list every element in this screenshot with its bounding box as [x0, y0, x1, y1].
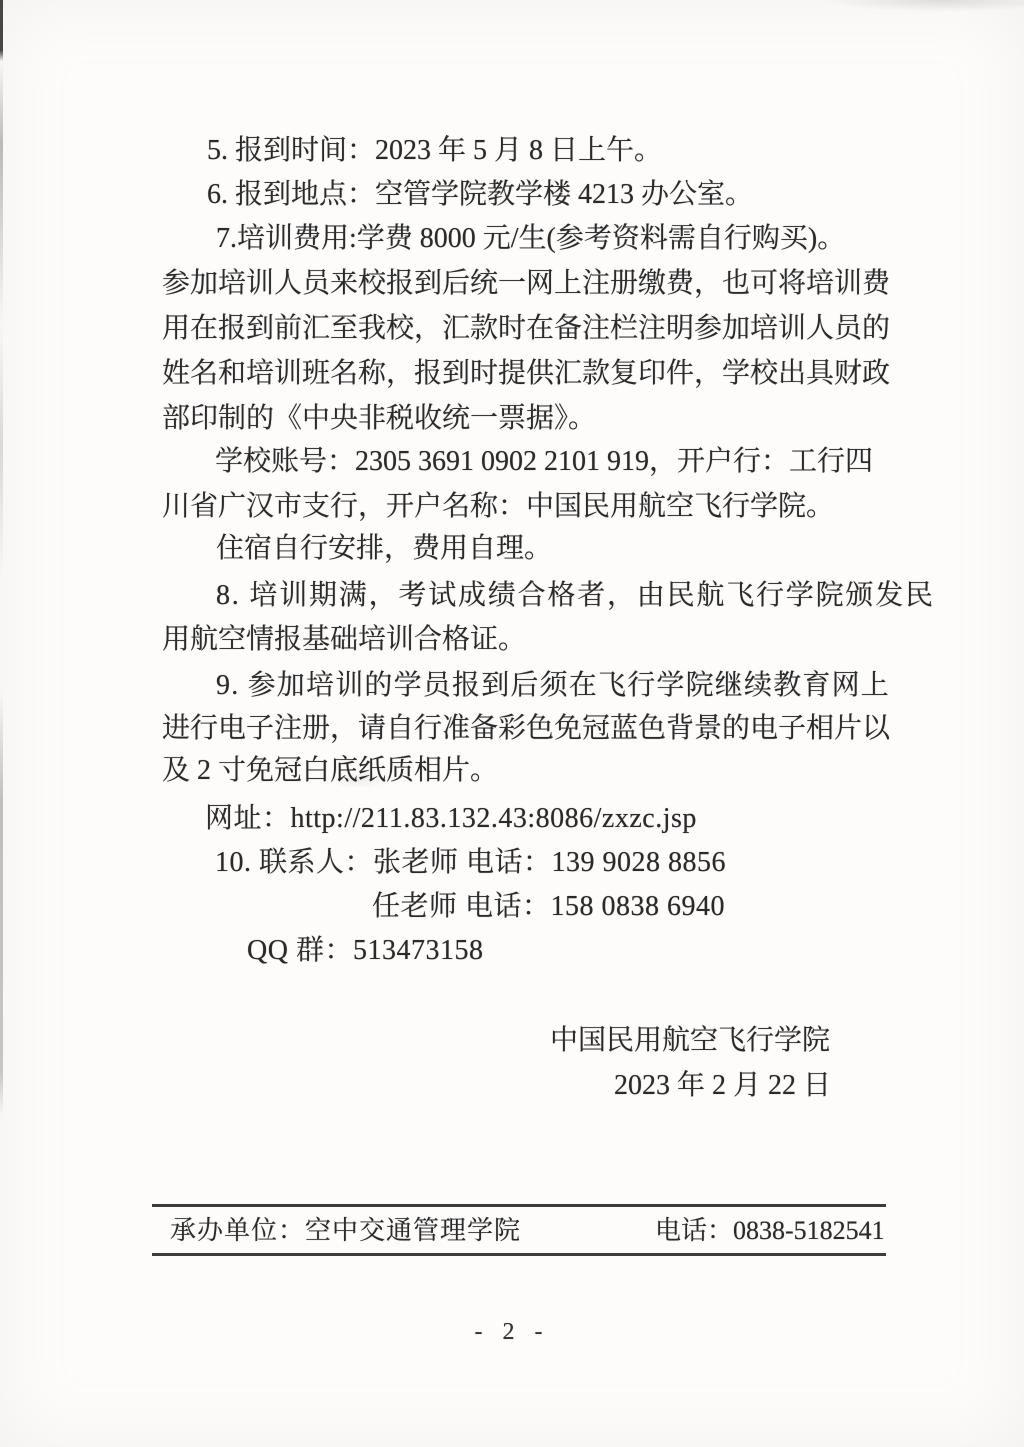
doc-line-fee: 7.培训费用:学费 8000 元/生(参考资料需自行购买)。	[216, 225, 845, 253]
doc-line-bank-account-1: 学校账号：2305 3691 0902 2101 919，开户行：工行四	[215, 448, 873, 476]
doc-line-fee-detail-1: 参加培训人员来校报到后统一网上注册缴费，也可将培训费	[162, 270, 890, 298]
doc-line-registration-3: 及 2 寸免冠白底纸质相片。	[162, 757, 498, 785]
footer-organizer: 承办单位：空中交通管理学院	[170, 1218, 521, 1244]
page-number: - 2 -	[0, 1320, 1024, 1344]
doc-line-report-location: 6. 报到地点：空管学院教学楼 4213 办公室。	[207, 181, 753, 209]
doc-line-report-time: 5. 报到时间：2023 年 5 月 8 日上午。	[207, 137, 662, 165]
doc-line-website-url: 网址：http://211.83.132.43:8086/zxzc.jsp	[205, 805, 697, 833]
doc-line-fee-detail-3: 姓名和培训班名称，报到时提供汇款复印件，学校出具财政	[162, 360, 890, 388]
doc-line-qq-group: QQ 群：513473158	[247, 937, 483, 965]
document-page: 5. 报到时间：2023 年 5 月 8 日上午。 6. 报到地点：空管学院教学…	[0, 0, 1024, 1447]
doc-line-accommodation: 住宿自行安排，费用自理。	[216, 535, 552, 563]
doc-line-certificate-1: 8. 培训期满，考试成绩合格者，由民航飞行学院颁发民	[216, 582, 935, 610]
doc-line-fee-detail-2: 用在报到前汇至我校，汇款时在备注栏注明参加培训人员的	[162, 315, 890, 343]
doc-line-contact-zhang: 10. 联系人：张老师 电话：139 9028 8856	[215, 849, 726, 877]
doc-line-contact-ren: 任老师 电话：158 0838 6940	[372, 893, 725, 921]
footer-phone: 电话：0838-5182541	[655, 1218, 885, 1244]
doc-line-registration-1: 9. 参加培训的学员报到后须在飞行学院继续教育网上	[216, 672, 890, 700]
footer-rule-top	[152, 1204, 886, 1207]
doc-line-registration-2: 进行电子注册，请自行准备彩色免冠蓝色背景的电子相片以	[162, 715, 890, 743]
scan-smudge-top-right	[824, 0, 1024, 12]
footer-rule-bottom	[152, 1253, 886, 1256]
doc-line-fee-detail-4: 部印制的《中央非税收统一票据》。	[162, 405, 596, 433]
signature-date: 2023 年 2 月 22 日	[614, 1072, 831, 1100]
signature-org: 中国民用航空飞行学院	[550, 1027, 830, 1055]
scan-artifact-left-edge	[0, 0, 3, 1115]
doc-line-bank-account-2: 川省广汉市支行，开户名称：中国民用航空飞行学院。	[162, 493, 834, 521]
doc-line-certificate-2: 用航空情报基础培训合格证。	[162, 626, 526, 654]
